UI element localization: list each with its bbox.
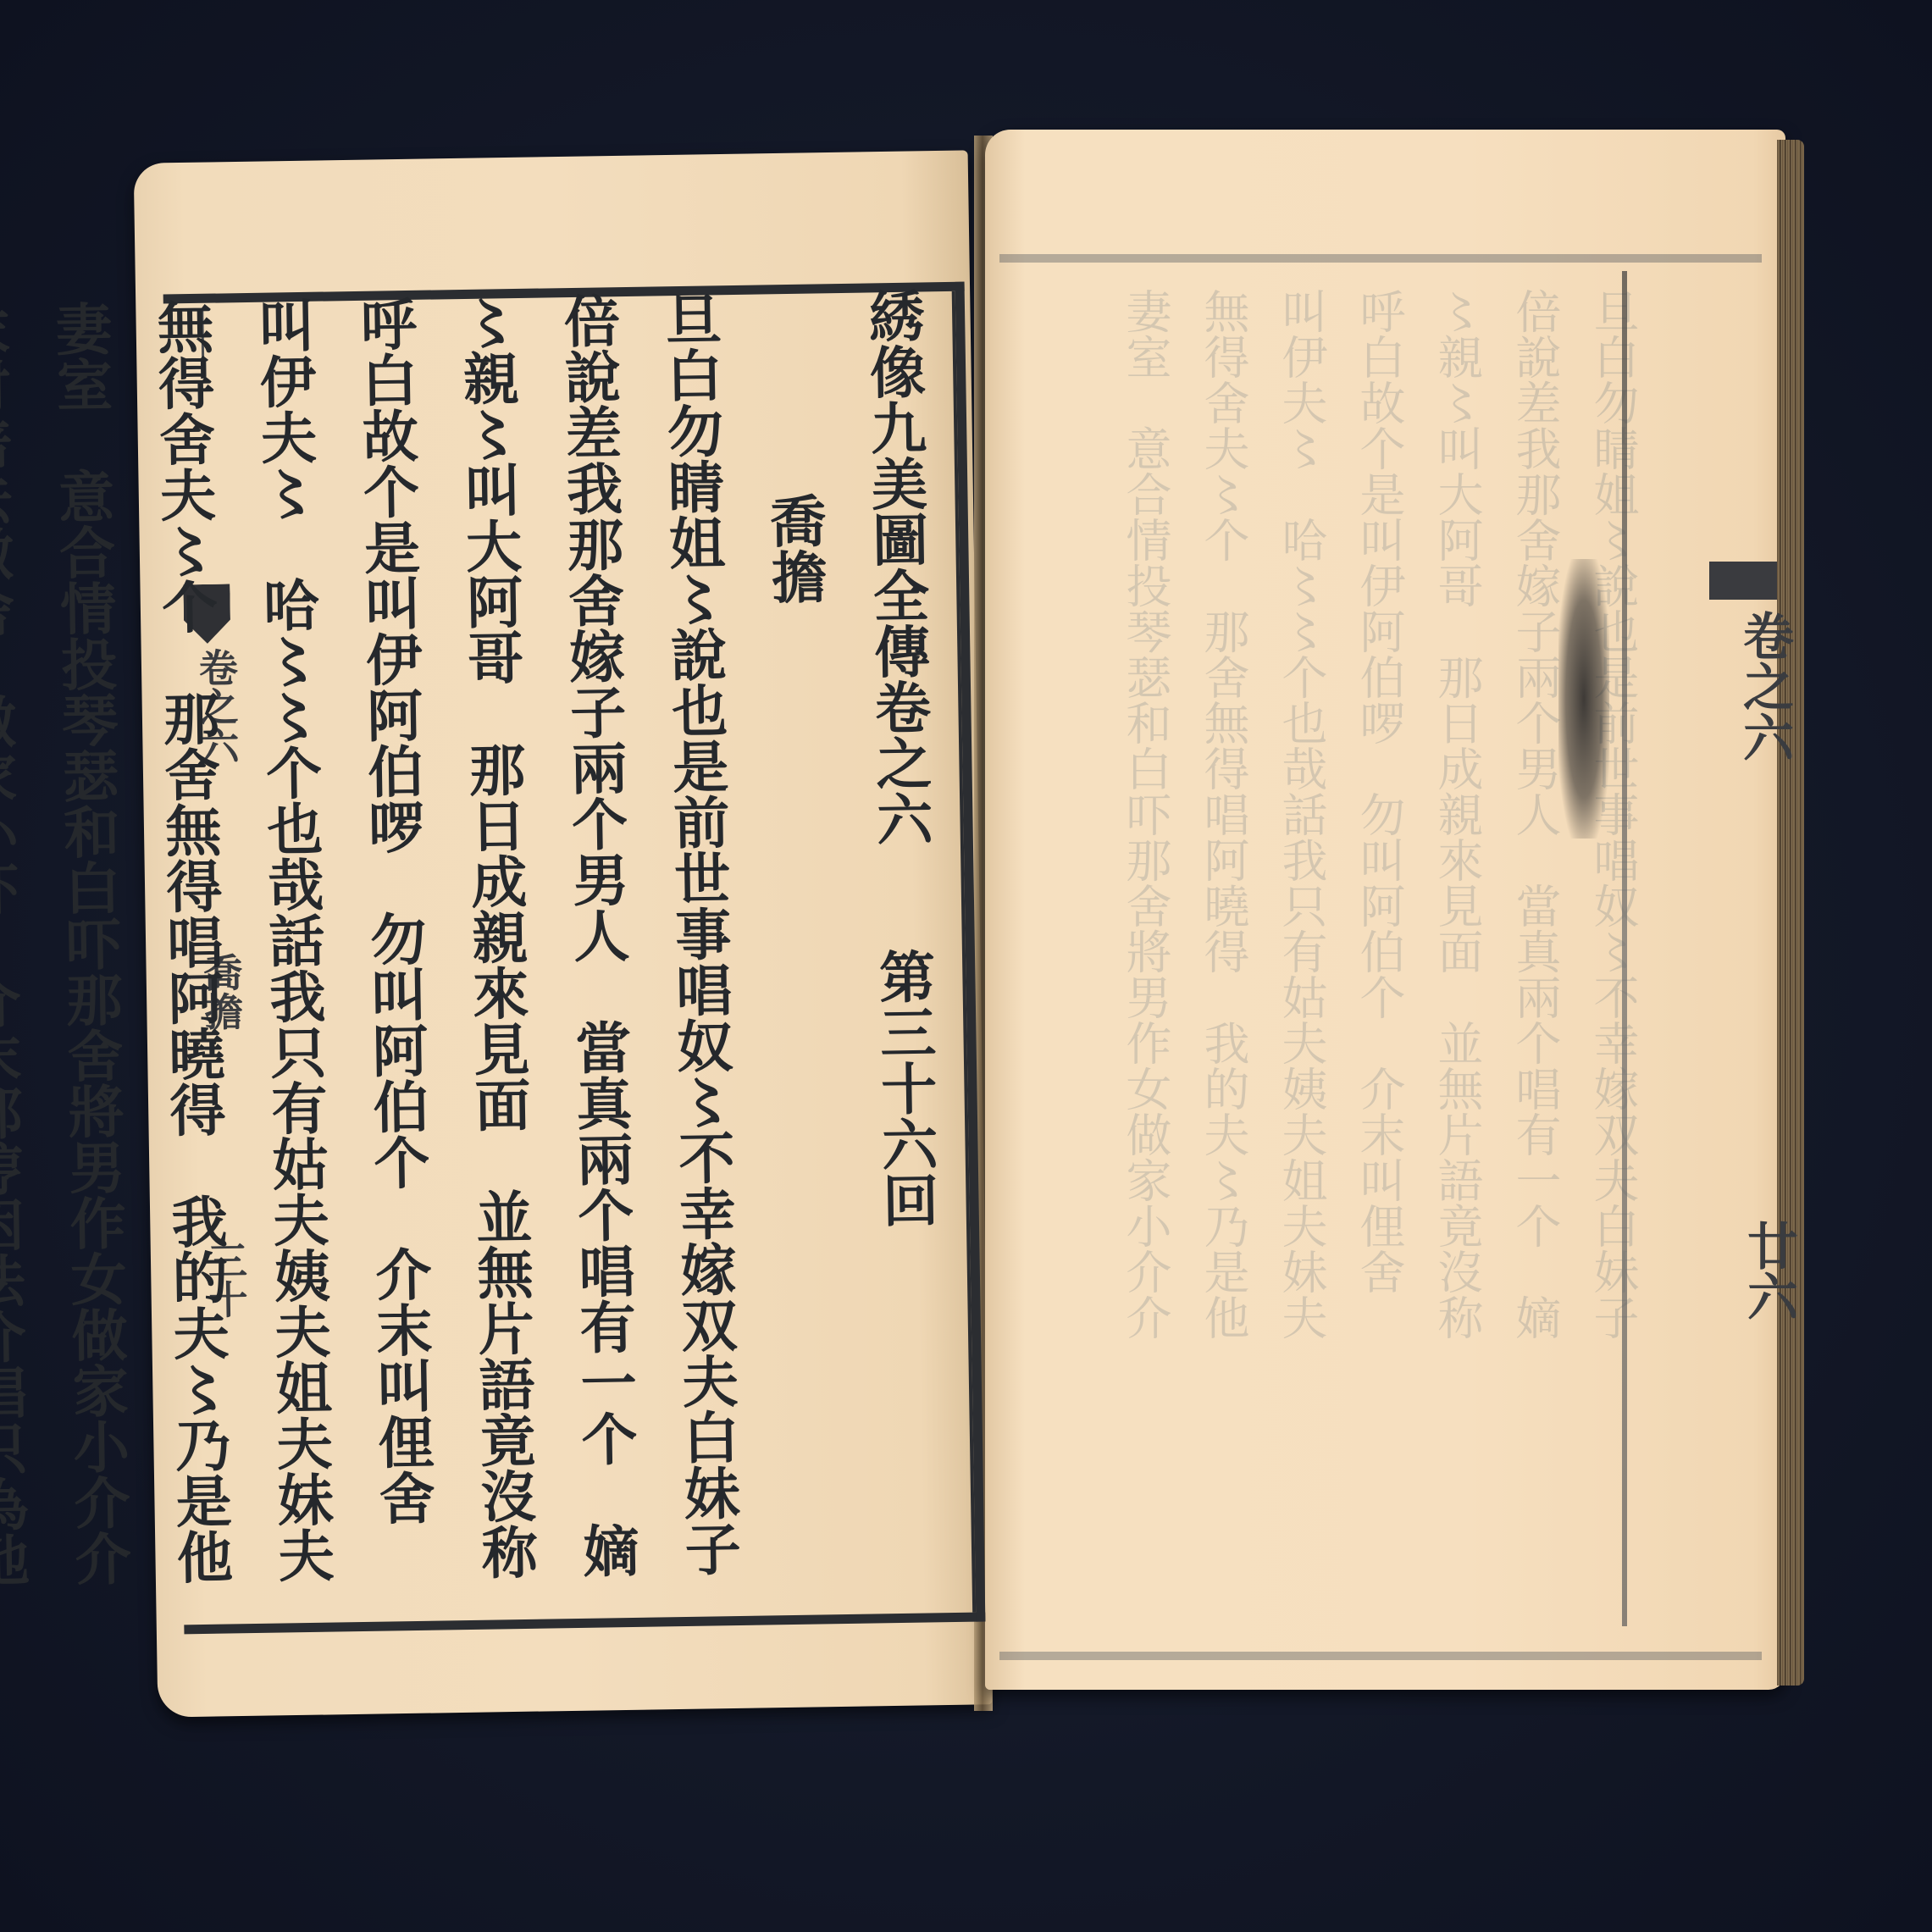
role-column: 喬擔 — [739, 288, 861, 1594]
right-page-bleed-through-text: 旦白勿睛姐〻說也是前世事唱奴〻不幸嫁双夫白妹子 倍說差我那舍嫁子兩个男人 當真兩… — [1042, 288, 1652, 1609]
book-title-column: 綉像九美圖全傳卷之六第三十六回 — [841, 287, 963, 1593]
text-column-5: 叫伊夫〻 哈〻〻个也哉話我只有姑夫姨夫姐夫妹夫 — [231, 296, 353, 1603]
text-column-2: 倍說差我那舍嫁子兩个男人 當真兩个唱有一个 嫡 — [536, 291, 658, 1597]
right-page-margin-rule — [1622, 271, 1627, 1626]
text-column-3: 〻親〻叫大阿哥 那日成親來見面 並無片語竟沒称 — [435, 293, 556, 1599]
fishtail-mark-icon — [1709, 562, 1777, 600]
text-column-6: 無得舍夫〻个 那舍無得唱阿曉得 我的夫〻乃是他 — [130, 298, 252, 1604]
text-column-1: 旦白勿睛姐〻說也是前世事唱奴〻不幸嫁双夫白妹子 — [638, 290, 760, 1596]
text-column-4: 呼白故个是叫伊阿伯啰 勿叫阿伯个 介末叫俚舍 — [333, 295, 455, 1601]
ghost-column: 妻室 意合情投琴瑟和白吓那舍將男作女做家小介介 — [1119, 288, 1172, 1340]
ghost-column: 呼白故个是叫伊阿伯啰 勿叫阿伯个 介末叫俚舍 — [1353, 288, 1406, 1294]
text-column-7: 妻室 意合情投琴瑟和白吓那舍將男作女做家小介介 — [28, 300, 150, 1606]
page-edges — [1777, 140, 1804, 1686]
ghost-column: 無得舍夫〻个 那舍無得唱阿曉得 我的夫〻乃是他 — [1197, 288, 1250, 1340]
book-title: 綉像九美圖全傳卷之六 — [859, 287, 933, 847]
right-leaf-number: 廿六 — [1732, 1220, 1805, 1321]
character-name: 喬擔 — [761, 492, 828, 605]
chapter-heading: 第三十六回 — [869, 948, 939, 1228]
left-page-text: 綉像九美圖全傳卷之六第三十六回 喬擔 旦白勿睛姐〻說也是前世事唱奴〻不幸嫁双夫白… — [235, 287, 963, 1603]
ghost-column: 叫伊夫〻 哈〻〻个也哉話我只有姑夫姨夫姐夫妹夫 — [1275, 288, 1328, 1340]
ghost-column: 〻親〻叫大阿哥 那日成親來見面 並無片語竟沒称 — [1431, 288, 1484, 1340]
ghost-column: 倍說差我那舍嫁子兩个男人 當真兩个唱有一个 嫡 — [1509, 288, 1562, 1340]
ink-smudge — [1558, 559, 1609, 839]
right-volume-label: 卷之六 — [1728, 610, 1801, 762]
open-book: 旦白勿睛姐〻說也是前世事唱奴〻不幸嫁双夫白妹子 倍說差我那舍嫁子兩个男人 當真兩… — [0, 0, 1932, 1932]
